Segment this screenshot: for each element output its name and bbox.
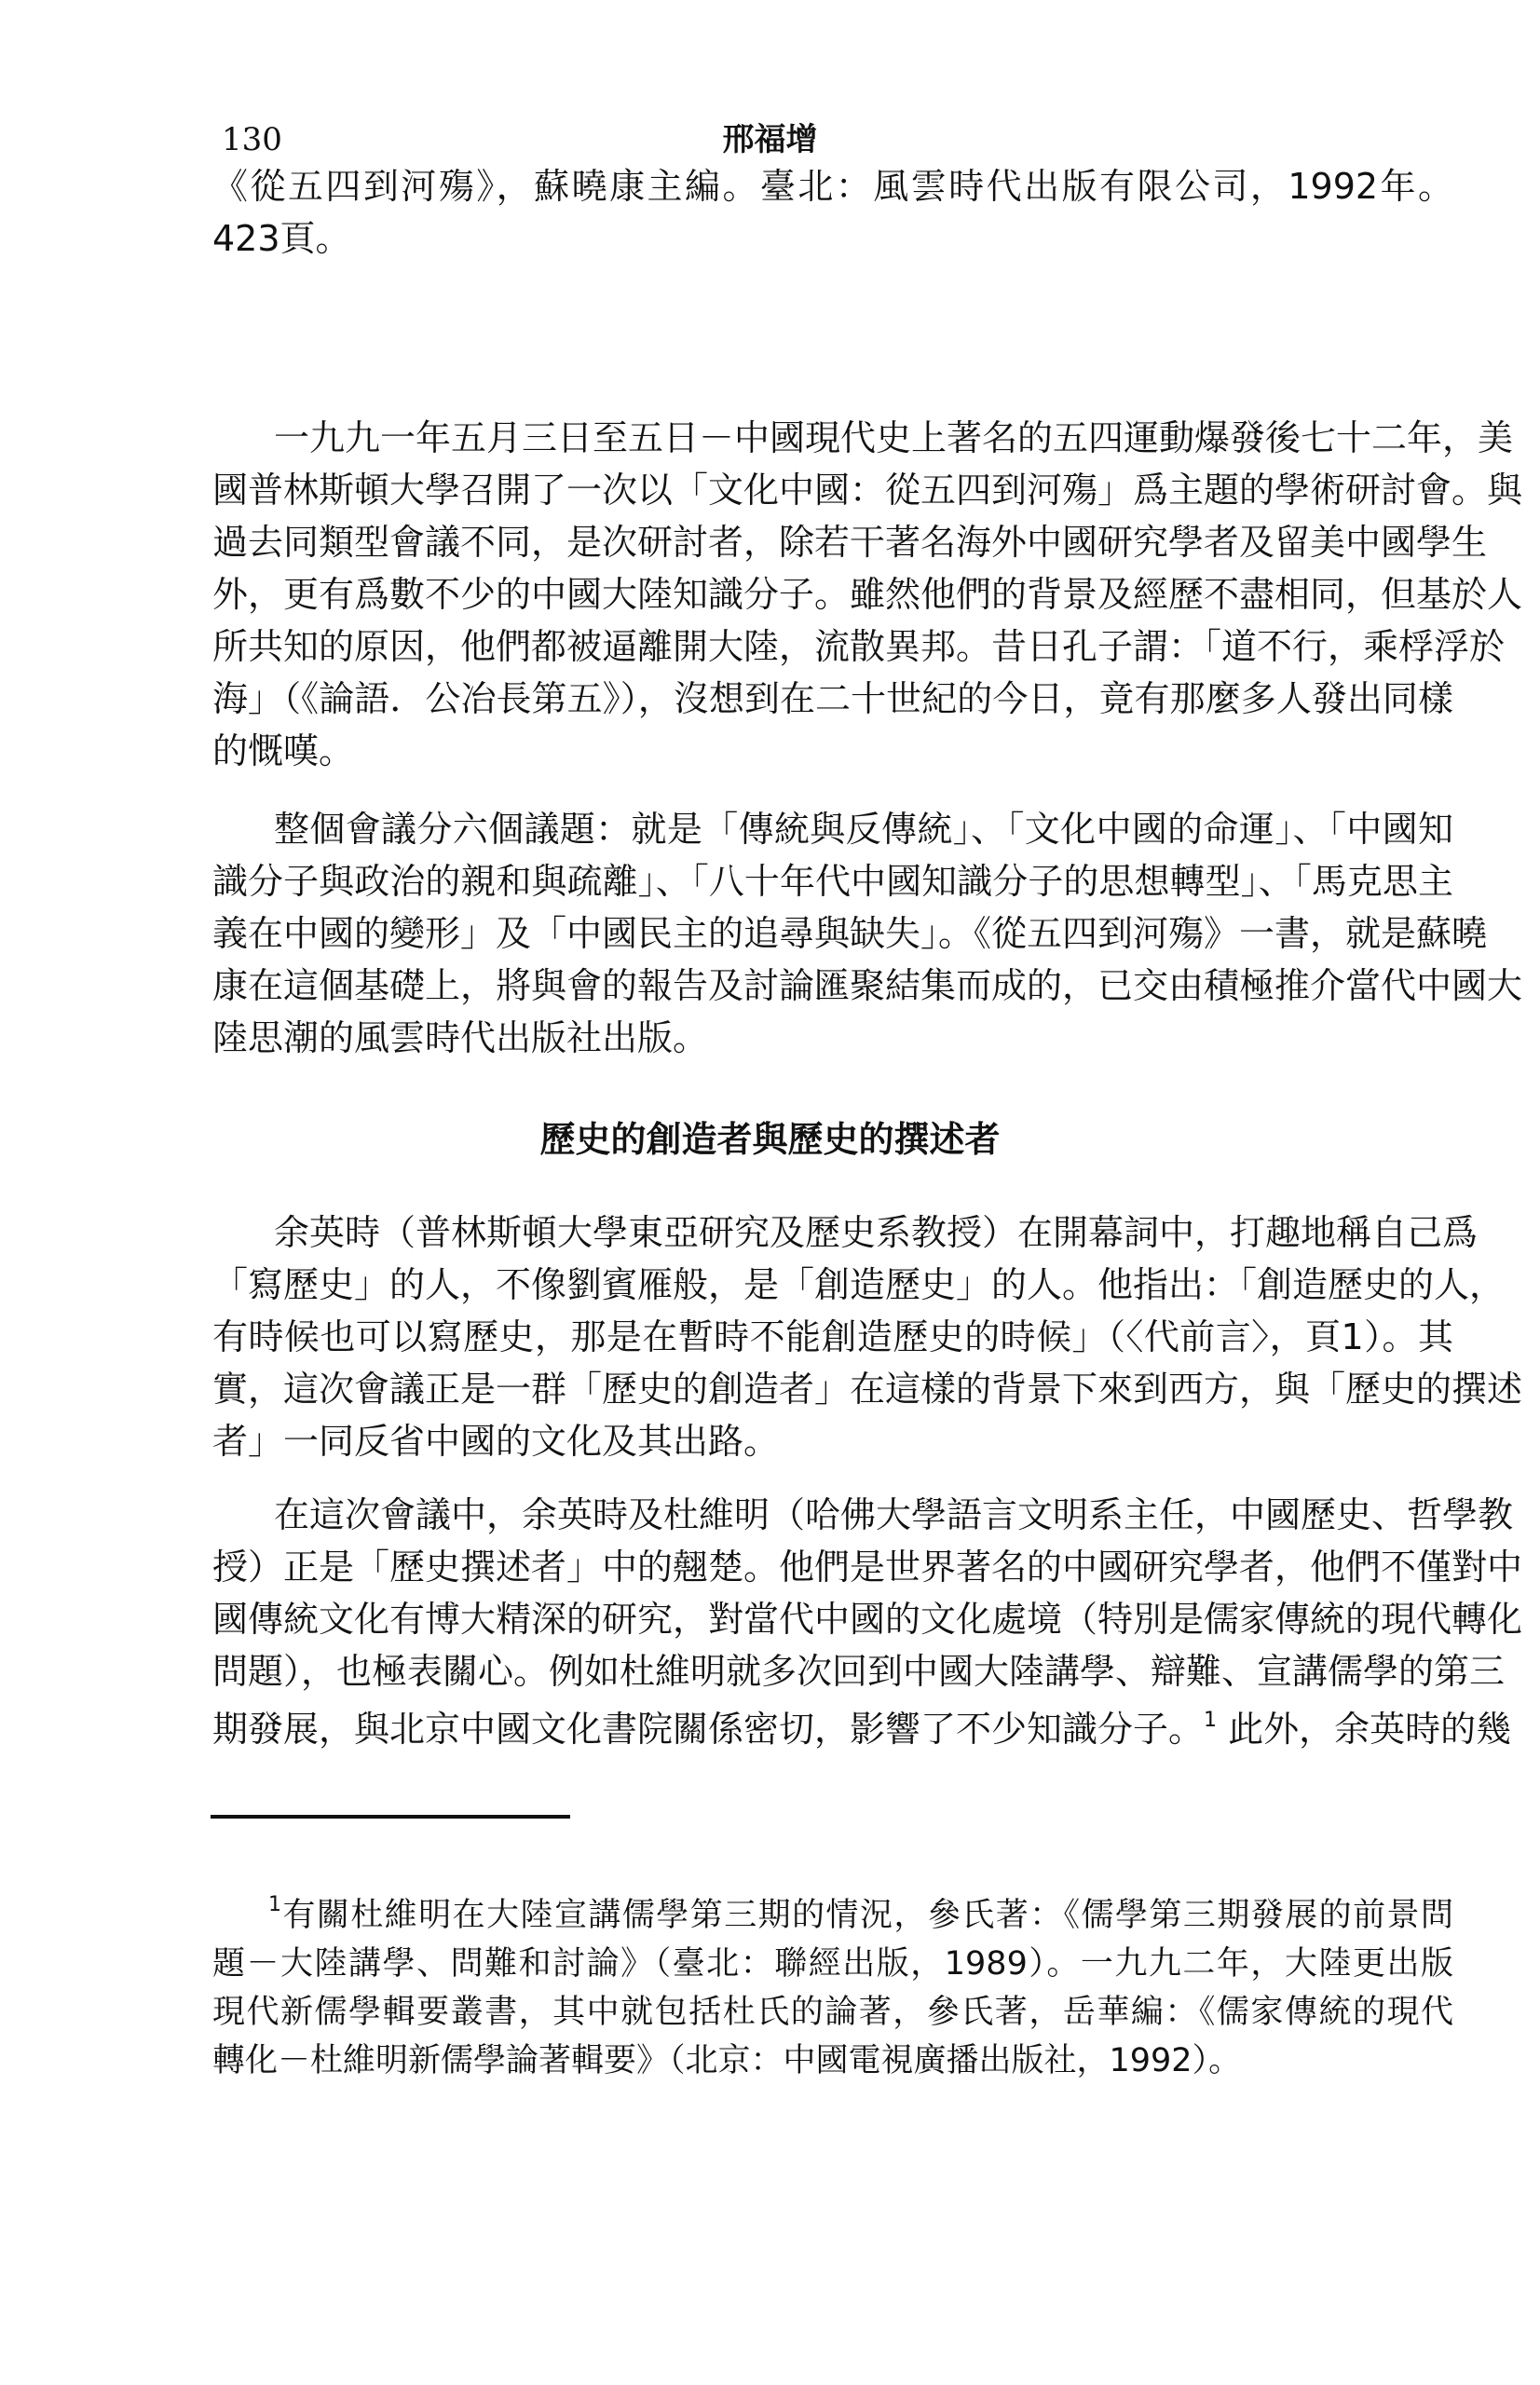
paragraph-line: 整個會議分六個議題：就是「傳統與反傳統」、「文化中國的命運」、「中國知 xyxy=(212,803,1453,855)
book-citation: 《從五四到河殤》，蘇曉康主編。臺北：風雲時代出版有限公司，1992年。 423頁… xyxy=(212,160,1453,265)
paragraph: 在這次會議中，余英時及杜維明（哈佛大學語言文明系主任，中國歷史、哲學教 授）正是… xyxy=(212,1489,1453,1755)
paragraph-line: 過去同類型會議不同，是次研討者，除若干著名海外中國研究學者及留美中國學生 xyxy=(212,516,1453,568)
line-text: 此外，余英時的幾 xyxy=(1217,1709,1511,1750)
paragraph-line: 的慨嘆。 xyxy=(212,725,1453,777)
footnote: 1有關杜維明在大陸宣講儒學第三期的情況，參氏著：《儒學第三期發展的前景問 題－大… xyxy=(212,1891,1453,2085)
paragraph: 整個會議分六個議題：就是「傳統與反傳統」、「文化中國的命運」、「中國知 識分子與… xyxy=(212,803,1453,1064)
citation-line: 423頁。 xyxy=(212,212,1453,265)
footnote-reference[interactable]: 1 xyxy=(1204,1709,1217,1732)
paragraph-line: 陸思潮的風雲時代出版社出版。 xyxy=(212,1012,1453,1064)
citation-line: 《從五四到河殤》，蘇曉康主編。臺北：風雲時代出版有限公司，1992年。 xyxy=(212,160,1453,212)
paragraph-line: 期發展，與北京中國文化書院關係密切，影響了不少知識分子。1 此外，余英時的幾 xyxy=(212,1703,1453,1755)
footnote-separator xyxy=(211,1815,570,1819)
paragraph-line: 授）正是「歷史撰述者」中的翹楚。他們是世界著名的中國研究學者，他們不僅對中 xyxy=(212,1541,1453,1593)
paragraph-line: 在這次會議中，余英時及杜維明（哈佛大學語言文明系主任，中國歷史、哲學教 xyxy=(212,1489,1453,1541)
footnote-line: 現代新儒學輯要叢書，其中就包括杜氏的論著，參氏著，岳華編：《儒家傳統的現代 xyxy=(212,1988,1453,2037)
footnote-line: 1有關杜維明在大陸宣講儒學第三期的情況，參氏著：《儒學第三期發展的前景問 xyxy=(212,1891,1453,1940)
paragraph: 余英時（普林斯頓大學東亞研究及歷史系教授）在開幕詞中，打趣地稱自己爲 「寫歷史」… xyxy=(212,1206,1453,1467)
paragraph-line: 義在中國的變形」及「中國民主的追尋與缺失」。《從五四到河殤》一書，就是蘇曉 xyxy=(212,907,1453,960)
paragraph: 一九九一年五月三日至五日－中國現代史上著名的五四運動爆發後七十二年，美 國普林斯… xyxy=(212,412,1453,777)
paragraph-line: 一九九一年五月三日至五日－中國現代史上著名的五四運動爆發後七十二年，美 xyxy=(212,412,1453,464)
footnote-line: 轉化－杜維明新儒學論著輯要》（北京：中國電視廣播出版社，1992）。 xyxy=(212,2037,1453,2085)
paragraph-line: 有時候也可以寫歷史，那是在暫時不能創造歷史的時候」（〈代前言〉，頁1）。其 xyxy=(212,1311,1453,1363)
line-text: 有關杜維明在大陸宣講儒學第三期的情況，參氏著：《儒學第三期發展的前景問 xyxy=(281,1897,1453,1934)
paragraph-line: 海」（《論語．公冶長第五》），沒想到在二十世紀的今日，竟有那麼多人發出同樣 xyxy=(212,673,1453,725)
paragraph-line: 識分子與政治的親和與疏離」、「八十年代中國知識分子的思想轉型」、「馬克思主 xyxy=(212,855,1453,907)
paragraph-line: 外，更有爲數不少的中國大陸知識分子。雖然他們的背景及經歷不盡相同，但基於人 xyxy=(212,568,1453,620)
paragraph-line: 實，這次會議正是一群「歷史的創造者」在這樣的背景下來到西方，與「歷史的撰述 xyxy=(212,1363,1453,1415)
paragraph-line: 所共知的原因，他們都被逼離開大陸，流散異邦。昔日孔子謂：「道不行，乘桴浮於 xyxy=(212,620,1453,673)
section-heading: 歷史的創造者與歷史的撰述者 xyxy=(0,1113,1540,1165)
paragraph-line: 國傳統文化有博大精深的研究，對當代中國的文化處境（特別是儒家傳統的現代轉化 xyxy=(212,1593,1453,1645)
paragraph-line: 「寫歷史」的人，不像劉賓雁般，是「創造歷史」的人。他指出：「創造歷史的人， xyxy=(212,1259,1453,1311)
footnote-line: 題－大陸講學、問難和討論》（臺北：聯經出版，1989）。一九九二年，大陸更出版 xyxy=(212,1940,1453,1988)
line-text: 期發展，與北京中國文化書院關係密切，影響了不少知識分子。 xyxy=(212,1709,1204,1750)
paragraph-line: 者」一同反省中國的文化及其出路。 xyxy=(212,1415,1453,1467)
footnote-marker: 1 xyxy=(268,1893,281,1916)
paragraph-line: 康在這個基礎上，將與會的報告及討論匯聚結集而成的，已交由積極推介當代中國大 xyxy=(212,960,1453,1012)
paragraph-line: 問題），也極表關心。例如杜維明就多次回到中國大陸講學、辯難、宣講儒學的第三 xyxy=(212,1645,1453,1697)
paragraph-line: 余英時（普林斯頓大學東亞研究及歷史系教授）在開幕詞中，打趣地稱自己爲 xyxy=(212,1206,1453,1259)
paragraph-line: 國普林斯頓大學召開了一次以「文化中國：從五四到河殤」爲主題的學術研討會。與 xyxy=(212,464,1453,516)
running-head-author: 邢福增 xyxy=(0,119,1540,160)
